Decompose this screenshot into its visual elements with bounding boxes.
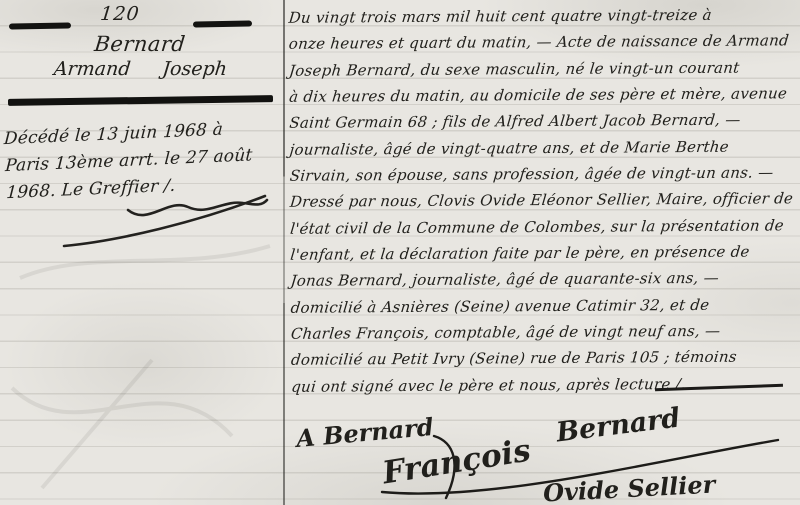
signature-witness-bernard: A Bernard	[295, 412, 435, 453]
margin-given-names: Armand Joseph	[17, 58, 264, 80]
bleedthrough-marks	[0, 238, 285, 503]
greffier-signature-flourish-icon	[58, 178, 273, 250]
register-page: 120 Bernard Armand Joseph Décédé le 13 j…	[0, 0, 800, 505]
margin-divider-line	[283, 0, 285, 505]
act-line: domicilié à Asnières (Seine) avenue Cati…	[289, 291, 800, 321]
separator-bar	[8, 95, 273, 106]
act-number: 120	[59, 3, 181, 25]
signature-father-bernard: Bernard	[555, 403, 682, 449]
ink-dash-right	[193, 20, 252, 27]
ink-dash-left	[9, 22, 71, 29]
act-line: Jonas Bernard, journaliste, âgé de quara…	[289, 265, 800, 295]
act-line: à dix heures du matin, au domicile de se…	[288, 80, 799, 110]
act-line: Dressé par nous, Clovis Ovide Eléonor Se…	[289, 186, 800, 216]
act-line: journaliste, âgé de vingt-quatre ans, et…	[288, 133, 799, 163]
act-line: domicilié au Petit Ivry (Seine) rue de P…	[290, 344, 800, 374]
act-line: Saint Germain 68 ; fils de Alfred Albert…	[288, 107, 799, 137]
act-line: l'état civil de la Commune de Colombes, …	[289, 212, 800, 242]
signature-officer-sellier: Ovide Sellier	[542, 470, 716, 505]
act-text-body: Du vingt trois mars mil huit cent quatre…	[289, 1, 800, 400]
margin-surname: Bernard	[59, 32, 222, 56]
act-line: onze heures et quart du matin, — Acte de…	[288, 28, 799, 58]
act-line: Sirvain, son épouse, sans profession, âg…	[289, 159, 800, 189]
act-line: Joseph Bernard, du sexe masculin, né le …	[288, 54, 799, 84]
act-line: Du vingt trois mars mil huit cent quatre…	[287, 1, 798, 31]
act-line: l'enfant, et la déclaration faite par le…	[289, 238, 800, 268]
